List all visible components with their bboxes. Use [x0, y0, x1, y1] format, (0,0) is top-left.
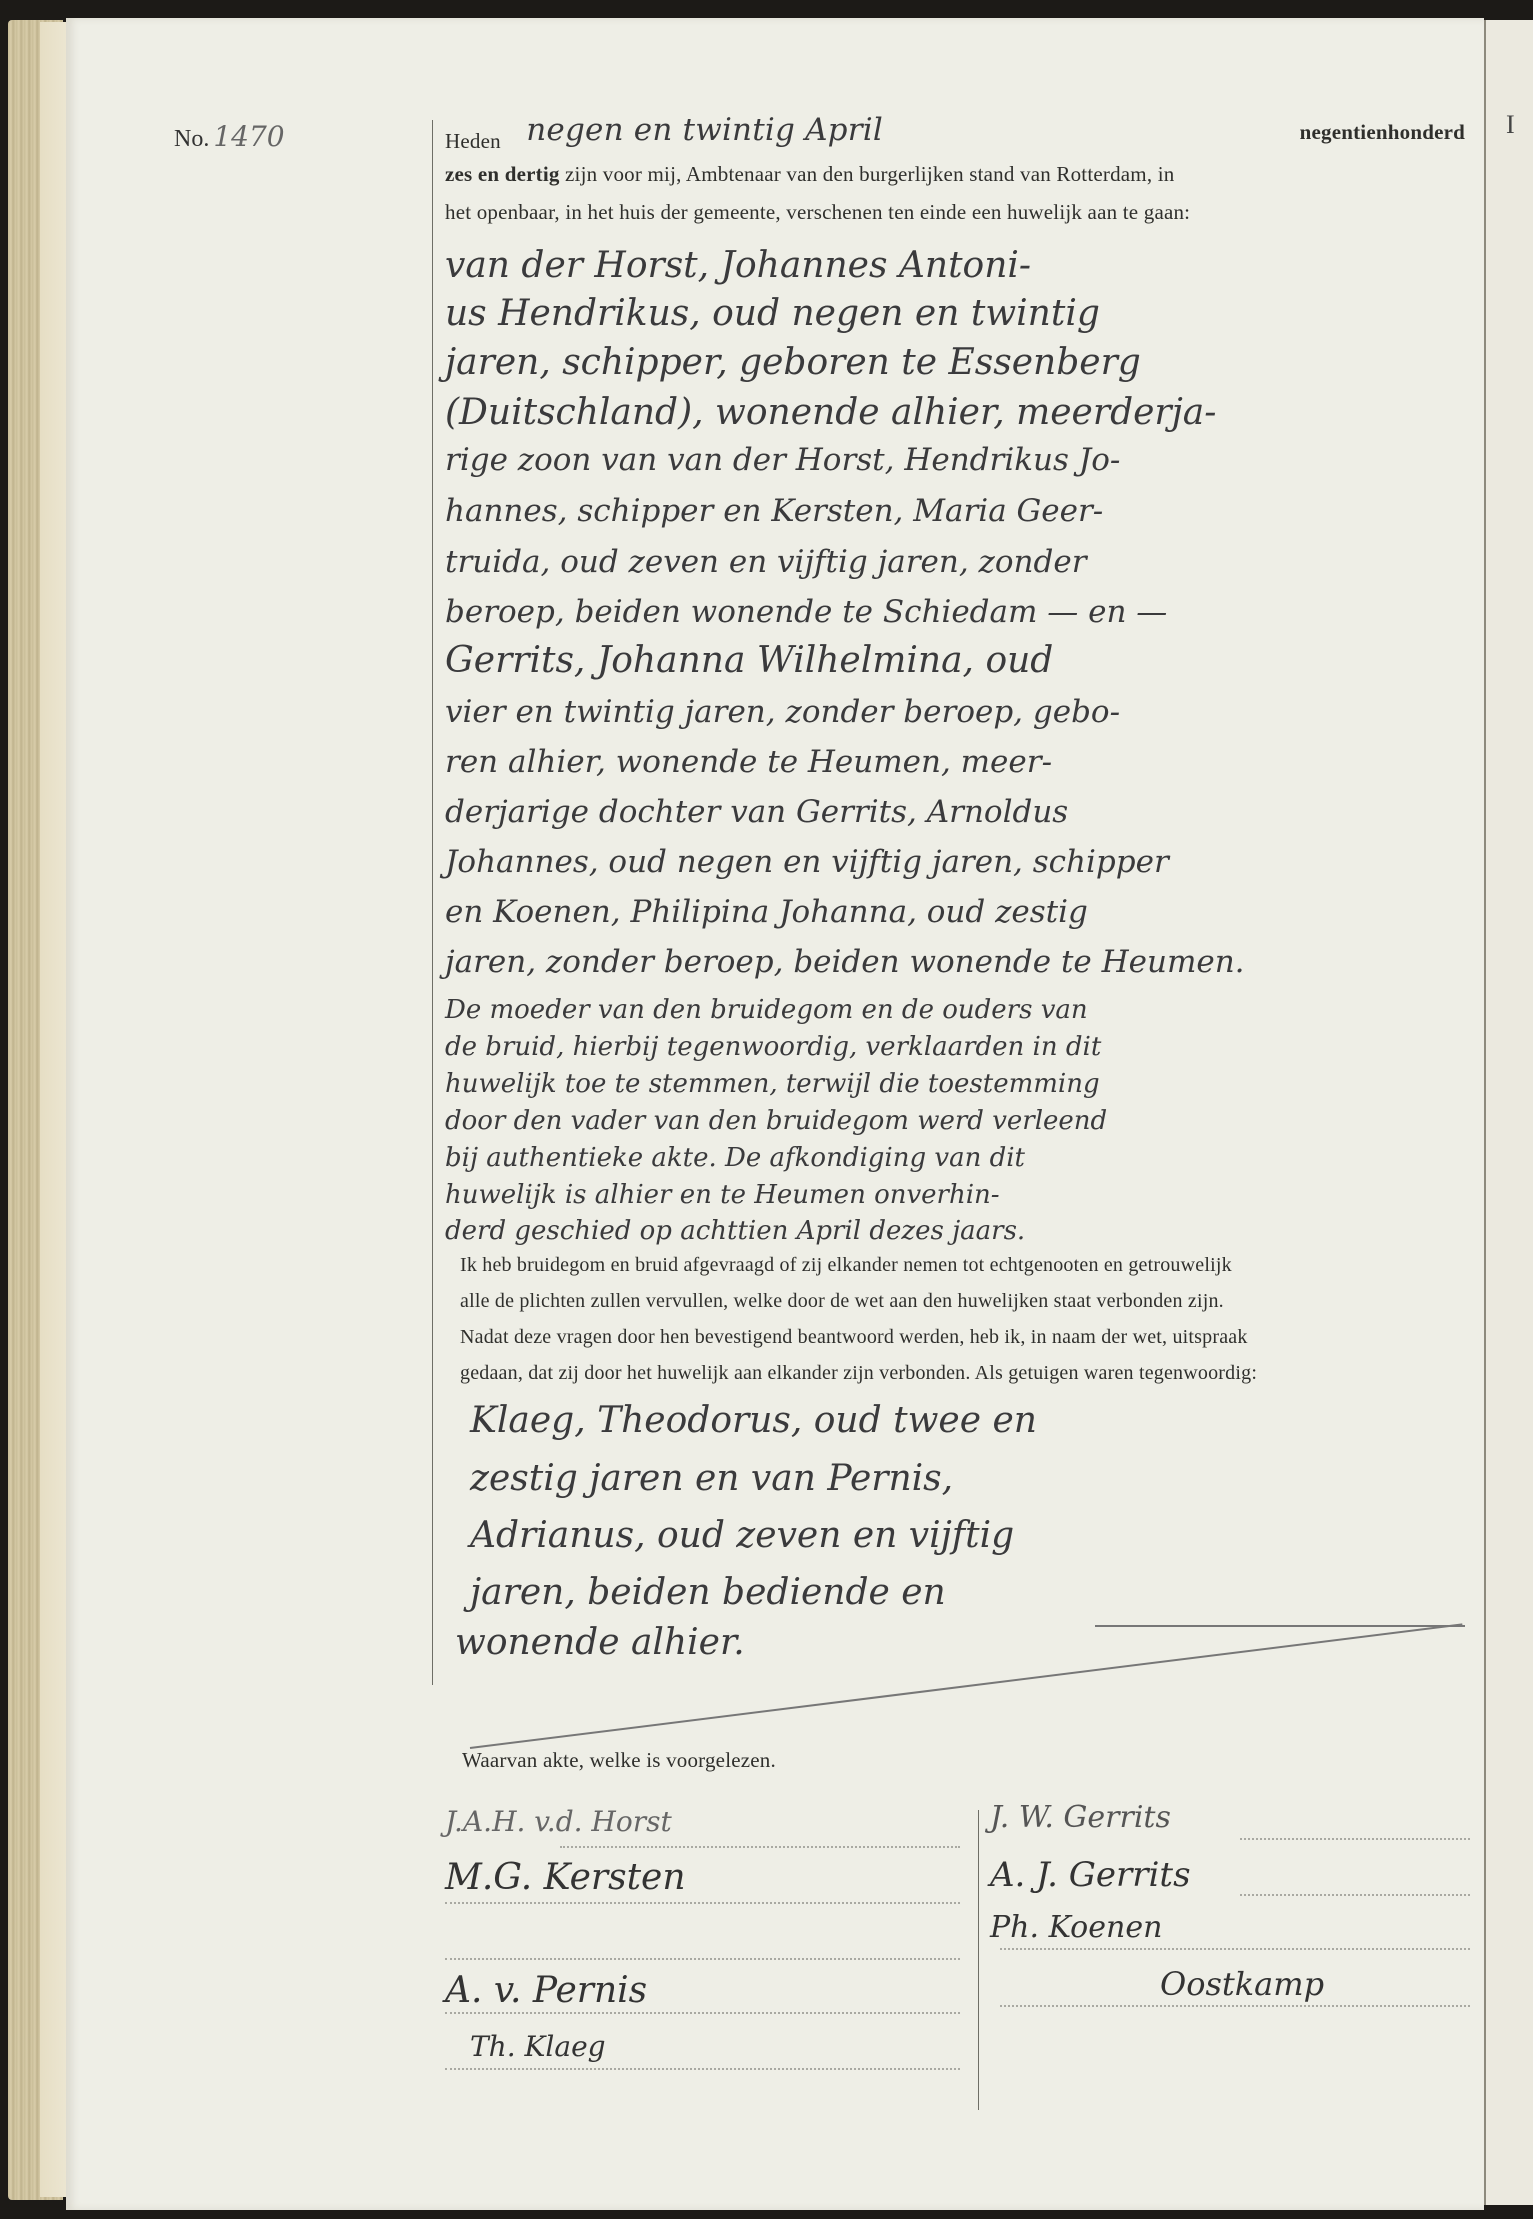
signature-bride-father: A. J. Gerrits	[990, 1855, 1191, 1895]
printed-line: Nadat deze vragen door hen bevestigend b…	[460, 1326, 1248, 1349]
signature-line	[445, 1902, 960, 1904]
hw-line: ren alhier, wonende te Heumen, meer-	[445, 744, 1052, 780]
hw-line: vier en twintig jaren, zonder beroep, ge…	[445, 694, 1120, 730]
signature-line	[560, 1846, 960, 1848]
hw-line: derjarige dochter van Gerrits, Arnoldus	[445, 794, 1068, 830]
hw-line: (Duitschland), wonende alhier, meerderja…	[445, 392, 1216, 433]
header-year-suffix: zes en dertig	[445, 162, 560, 186]
closing-dash-line	[1095, 1625, 1465, 1627]
hw-line: huwelijk toe te stemmen, terwijl die toe…	[445, 1069, 1100, 1099]
signature-line	[1000, 2005, 1470, 2007]
signature-line	[445, 2068, 960, 2070]
hw-line: door den vader van den bruidegom werd ve…	[445, 1106, 1107, 1136]
signature-divider	[978, 1810, 979, 2110]
printed-line: alle de plichten zullen vervullen, welke…	[460, 1290, 1224, 1313]
hw-line: jaren, schipper, geboren te Essenberg	[445, 342, 1141, 383]
printed-line: Ik heb bruidegom en bruid afgevraagd of …	[460, 1254, 1232, 1277]
act-number-value: 1470	[213, 120, 284, 153]
book-inner-edge	[40, 22, 68, 2197]
signature-line	[1240, 1838, 1470, 1840]
signature-line	[1240, 1894, 1470, 1896]
hw-line: us Hendrikus, oud negen en twintig	[445, 293, 1100, 334]
signature-witness-2: Th. Klaeg	[470, 2030, 606, 2063]
hw-line: van der Horst, Johannes Antoni-	[445, 245, 1031, 286]
act-number: No.1470	[174, 120, 285, 153]
witness-line: wonende alhier.	[455, 1622, 745, 1663]
witness-line: zestig jaren en van Pernis,	[470, 1458, 953, 1499]
header-year-prefix: negentienhonderd	[1300, 120, 1465, 145]
hw-line: truida, oud zeven en vijftig jaren, zond…	[445, 544, 1087, 580]
hw-line: derd geschied op achttien April dezes ja…	[445, 1216, 1025, 1246]
hw-line: jaren, zonder beroep, beiden wonende te …	[445, 944, 1245, 980]
header-line-2-rest: zijn voor mij, Ambtenaar van den burgerl…	[565, 162, 1174, 186]
facing-page-edge: I	[1484, 20, 1533, 2205]
signature-registrar: Oostkamp	[1160, 1965, 1324, 2003]
signature-witness-1: A. v. Pernis	[445, 1970, 647, 2011]
signature-bride-mother: Ph. Koenen	[990, 1910, 1162, 1945]
hw-line: bij authentieke akte. De afkondiging van…	[445, 1143, 1025, 1173]
header-line-1: Heden negen en twintig April negentienho…	[445, 120, 1465, 156]
hw-line: rige zoon van van der Horst, Hendrikus J…	[445, 442, 1120, 478]
act-number-label: No.	[174, 126, 209, 152]
hw-line: Gerrits, Johanna Wilhelmina, oud	[445, 640, 1053, 681]
hw-line: hannes, schipper en Kersten, Maria Geer-	[445, 493, 1103, 529]
witness-line: Klaeg, Theodorus, oud twee en	[470, 1400, 1037, 1441]
signature-groom-mother: M.G. Kersten	[445, 1857, 686, 1898]
header-prefix: Heden	[445, 129, 501, 153]
header-line-2: zes en dertig zijn voor mij, Ambtenaar v…	[445, 162, 1465, 187]
witness-line: jaren, beiden bediende en	[470, 1572, 946, 1613]
date-handwritten: negen en twintig April	[526, 112, 883, 148]
closing-text: Waarvan akte, welke is voorgelezen.	[462, 1748, 776, 1773]
header-line-3: het openbaar, in het huis der gemeente, …	[445, 200, 1465, 225]
witness-line: Adrianus, oud zeven en vijftig	[470, 1515, 1014, 1556]
signature-line	[445, 2012, 960, 2014]
hw-line: en Koenen, Philipina Johanna, oud zestig	[445, 894, 1088, 930]
signature-bride: J. W. Gerrits	[990, 1800, 1171, 1835]
hw-line: Johannes, oud negen en vijftig jaren, sc…	[445, 844, 1169, 880]
margin-rule	[432, 120, 433, 1685]
hw-line: huwelijk is alhier en te Heumen onverhin…	[445, 1180, 1000, 1210]
signature-groom: J.A.H. v.d. Horst	[445, 1805, 672, 1838]
facing-page-fragment: I	[1506, 110, 1515, 140]
hw-line: beroep, beiden wonende te Schiedam — en …	[445, 594, 1167, 630]
printed-line: gedaan, dat zij door het huwelijk aan el…	[460, 1362, 1257, 1385]
hw-line: De moeder van den bruidegom en de ouders…	[445, 995, 1088, 1025]
signature-line	[1000, 1948, 1470, 1950]
hw-line: de bruid, hierbij tegenwoordig, verklaar…	[445, 1032, 1101, 1062]
signature-line	[445, 1958, 960, 1960]
